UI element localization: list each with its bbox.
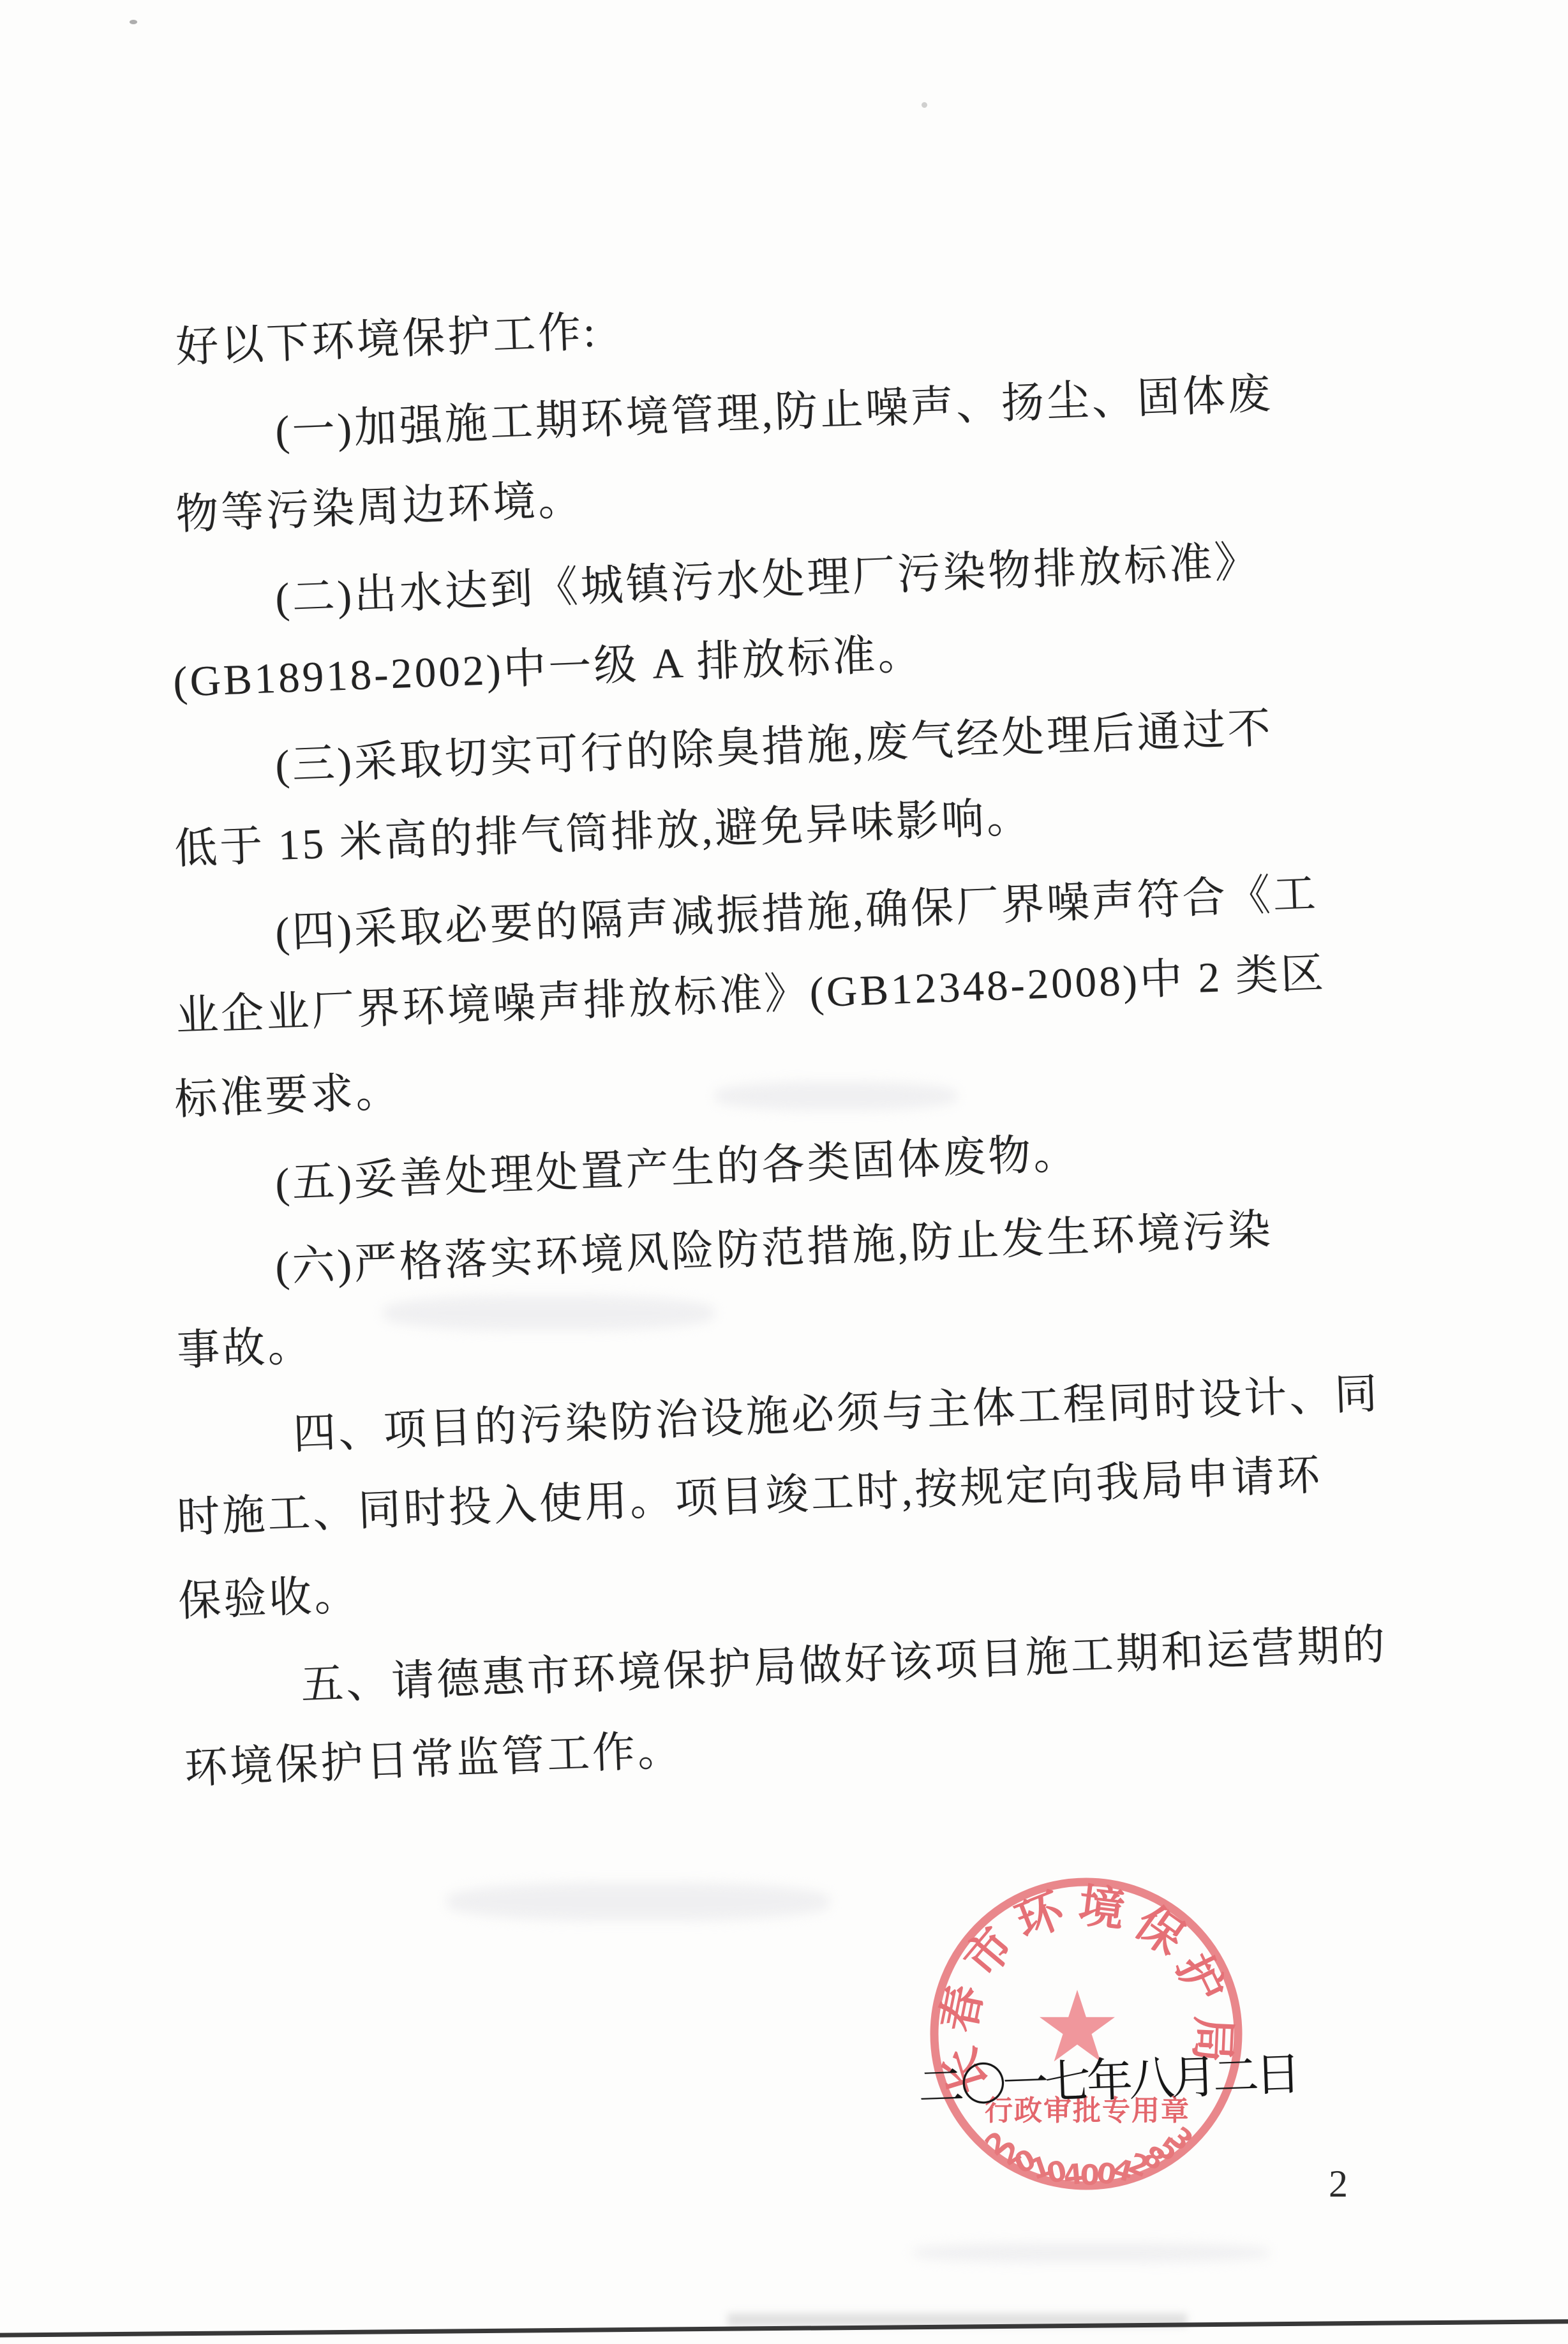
text-line: 时施工、同时投入使用。项目竣工时,按规定向我局申请环 bbox=[176, 1452, 1323, 1542]
text-line: 业企业厂界环境噪声排放标准》(GB12348-2008)中 2 类区 bbox=[175, 950, 1327, 1041]
text-line: (五)妥善处理处置产生的各类固体废物。 bbox=[274, 1130, 1080, 1208]
scanned-document-page: 好以下环境保护工作: (一)加强施工期环境管理,防止噪声、扬尘、固体废 物等污染… bbox=[0, 0, 1568, 2344]
text-line: (GB18918-2002)中一级 A 排放标准。 bbox=[172, 631, 924, 706]
text-line: 物等污染周边环境。 bbox=[175, 476, 584, 539]
text-line: 好以下环境保护工作: bbox=[175, 308, 599, 372]
scan-artifact bbox=[913, 2243, 1270, 2262]
svg-text:市: 市 bbox=[955, 1918, 1024, 1987]
text-line: 事故。 bbox=[176, 1322, 314, 1375]
svg-text:春: 春 bbox=[933, 1981, 992, 2036]
svg-text:境: 境 bbox=[1075, 1880, 1127, 1936]
scan-artifact bbox=[447, 1883, 830, 1921]
issue-date: 二〇一七年八月二日 bbox=[917, 2036, 1298, 2116]
scan-artifact bbox=[715, 1082, 957, 1110]
text-line: (三)采取切实可行的除臭措施,废气经处理后通过不 bbox=[274, 705, 1274, 790]
text-line: 低于 15 米高的排气筒排放,避免异味影响。 bbox=[174, 794, 1033, 874]
text-line: (六)严格落实环境风险防范措施,防止发生环境污染 bbox=[274, 1206, 1274, 1292]
text-line: (一)加强施工期环境管理,防止噪声、扬尘、固体废 bbox=[274, 370, 1274, 456]
text-line: 五、请德惠市环境保护局做好该项目施工期和运营期的 bbox=[300, 1621, 1389, 1710]
scan-speck bbox=[130, 20, 137, 24]
svg-text:保: 保 bbox=[1126, 1897, 1193, 1965]
text-line: 四、项目的污染防治设施必须与主体工程同时设计、同 bbox=[292, 1370, 1381, 1459]
official-seal: 长春市环境保护局 行政审批专用章 2201040042853 bbox=[925, 1873, 1248, 2195]
text-line: (二)出水达到《城镇污水处理厂污染物排放标准》 bbox=[274, 538, 1260, 623]
text-line: 保验收。 bbox=[177, 1571, 361, 1626]
text-line: (四)采取必要的隔声减振措施,确保厂界噪声符合《工 bbox=[274, 870, 1319, 957]
scan-speck bbox=[922, 102, 927, 108]
scan-artifact bbox=[383, 1295, 715, 1331]
page-number: 2 bbox=[1329, 2162, 1348, 2206]
seal-serial-arc: 2201040042853 bbox=[979, 2121, 1199, 2192]
text-line: 环境保护日常监管工作。 bbox=[184, 1727, 683, 1793]
text-line: 标准要求。 bbox=[174, 1068, 402, 1124]
svg-text:护: 护 bbox=[1167, 1946, 1232, 2010]
